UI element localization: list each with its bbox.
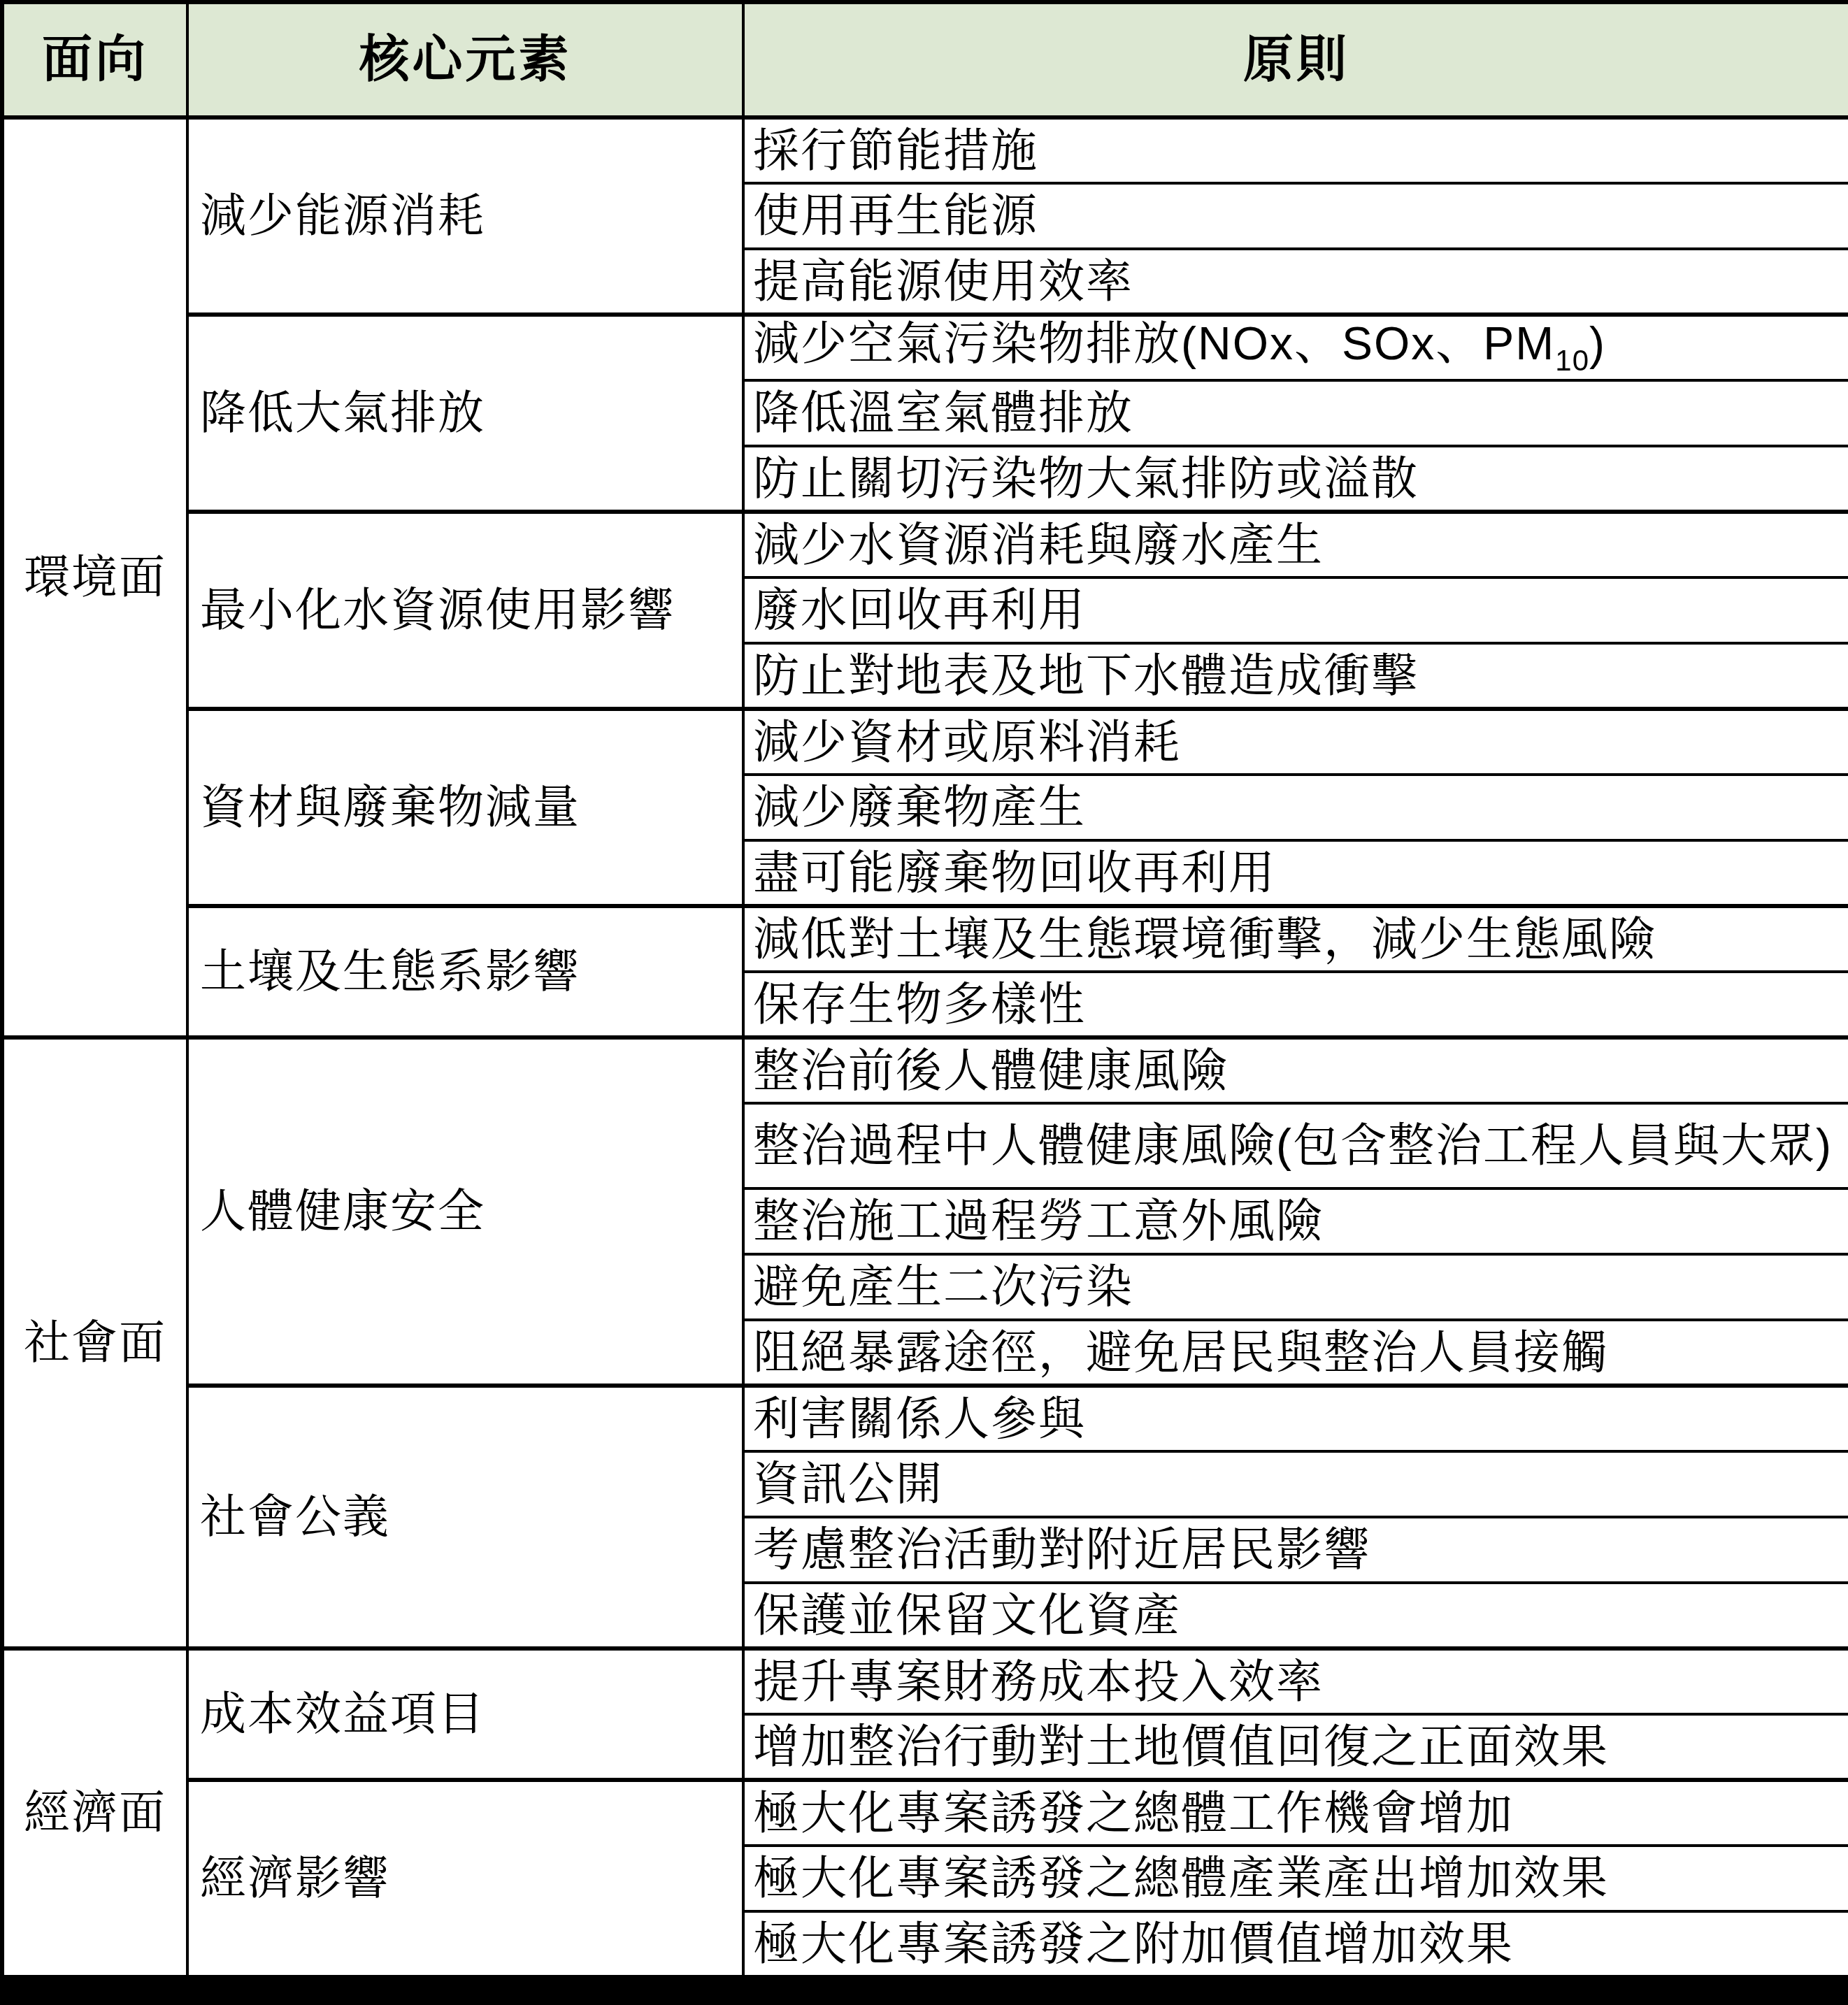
principle-cell: 廢水回收再利用	[743, 577, 1848, 643]
core-cell: 成本效益項目	[187, 1648, 743, 1780]
table-row: 土壤及生態系影響 減低對土壤及生態環境衝擊，減少生態風險	[2, 906, 1848, 972]
table-row: 社會面 人體健康安全 整治前後人體健康風險	[2, 1037, 1848, 1103]
principle-cell: 採行節能措施	[743, 117, 1848, 183]
aspect-cell-environment: 環境面	[2, 117, 187, 1037]
principle-text: 減少空氣污染物排放(NOx、SOx、PM	[753, 317, 1555, 369]
table-row: 資材與廢棄物減量 減少資材或原料消耗	[2, 709, 1848, 775]
principle-text-tail: )	[1589, 317, 1606, 369]
principle-cell: 減少水資源消耗與廢水產生	[743, 512, 1848, 577]
core-cell: 最小化水資源使用影響	[187, 512, 743, 709]
core-cell: 減少能源消耗	[187, 117, 743, 315]
principle-cell: 降低溫室氣體排放	[743, 380, 1848, 446]
principle-cell: 資訊公開	[743, 1451, 1848, 1517]
table-row: 經濟影響 極大化專案誘發之總體工作機會增加	[2, 1780, 1848, 1846]
core-cell: 社會公義	[187, 1386, 743, 1648]
principle-cell: 提高能源使用效率	[743, 249, 1848, 315]
header-principle: 原則	[743, 2, 1848, 117]
header-aspect: 面向	[2, 2, 187, 117]
principle-cell: 整治前後人體健康風險	[743, 1037, 1848, 1103]
core-cell: 土壤及生態系影響	[187, 906, 743, 1037]
header-core: 核心元素	[187, 2, 743, 117]
core-cell: 資材與廢棄物減量	[187, 709, 743, 906]
page: 面向 核心元素 原則 環境面 減少能源消耗 採行節能措施 使用再生能源 提高能源…	[0, 0, 1848, 2005]
aspect-cell-economic: 經濟面	[2, 1648, 187, 1977]
table-row: 環境面 減少能源消耗 採行節能措施	[2, 117, 1848, 183]
principle-cell: 提升專案財務成本投入效率	[743, 1648, 1848, 1714]
principle-cell: 極大化專案誘發之總體工作機會增加	[743, 1780, 1848, 1846]
sustainability-principles-table: 面向 核心元素 原則 環境面 減少能源消耗 採行節能措施 使用再生能源 提高能源…	[0, 0, 1848, 1979]
table-row: 經濟面 成本效益項目 提升專案財務成本投入效率	[2, 1648, 1848, 1714]
principle-cell: 保存生物多樣性	[743, 972, 1848, 1037]
principle-cell: 避免產生二次污染	[743, 1254, 1848, 1320]
principle-cell: 增加整治行動對土地價值回復之正面效果	[743, 1714, 1848, 1780]
table-row: 社會公義 利害關係人參與	[2, 1386, 1848, 1451]
principle-cell: 利害關係人參與	[743, 1386, 1848, 1451]
principle-cell: 減少資材或原料消耗	[743, 709, 1848, 775]
core-cell: 人體健康安全	[187, 1037, 743, 1386]
principle-cell: 考慮整治活動對附近居民影響	[743, 1517, 1848, 1583]
core-cell: 降低大氣排放	[187, 315, 743, 512]
table-header: 面向 核心元素 原則	[2, 2, 1848, 117]
principle-cell: 極大化專案誘發之附加價值增加效果	[743, 1911, 1848, 1977]
principle-cell: 阻絕暴露途徑，避免居民與整治人員接觸	[743, 1320, 1848, 1386]
aspect-cell-social: 社會面	[2, 1037, 187, 1648]
principle-cell: 減少廢棄物產生	[743, 775, 1848, 840]
principle-cell: 盡可能廢棄物回收再利用	[743, 840, 1848, 906]
principle-cell: 整治過程中人體健康風險(包含整治工程人員與大眾)	[743, 1103, 1848, 1188]
pm10-subscript: 10	[1555, 344, 1589, 377]
principle-cell: 減少空氣污染物排放(NOx、SOx、PM10)	[743, 315, 1848, 380]
core-cell: 經濟影響	[187, 1780, 743, 1977]
principle-cell: 減低對土壤及生態環境衝擊，減少生態風險	[743, 906, 1848, 972]
table-row: 降低大氣排放 減少空氣污染物排放(NOx、SOx、PM10)	[2, 315, 1848, 380]
principle-cell: 防止對地表及地下水體造成衝擊	[743, 643, 1848, 709]
principle-cell: 整治施工過程勞工意外風險	[743, 1188, 1848, 1254]
principle-cell: 極大化專案誘發之總體產業產出增加效果	[743, 1846, 1848, 1911]
principle-cell: 保護並保留文化資產	[743, 1583, 1848, 1648]
principle-cell: 使用再生能源	[743, 183, 1848, 249]
principle-cell: 防止關切污染物大氣排防或溢散	[743, 446, 1848, 512]
table-row: 最小化水資源使用影響 減少水資源消耗與廢水產生	[2, 512, 1848, 577]
